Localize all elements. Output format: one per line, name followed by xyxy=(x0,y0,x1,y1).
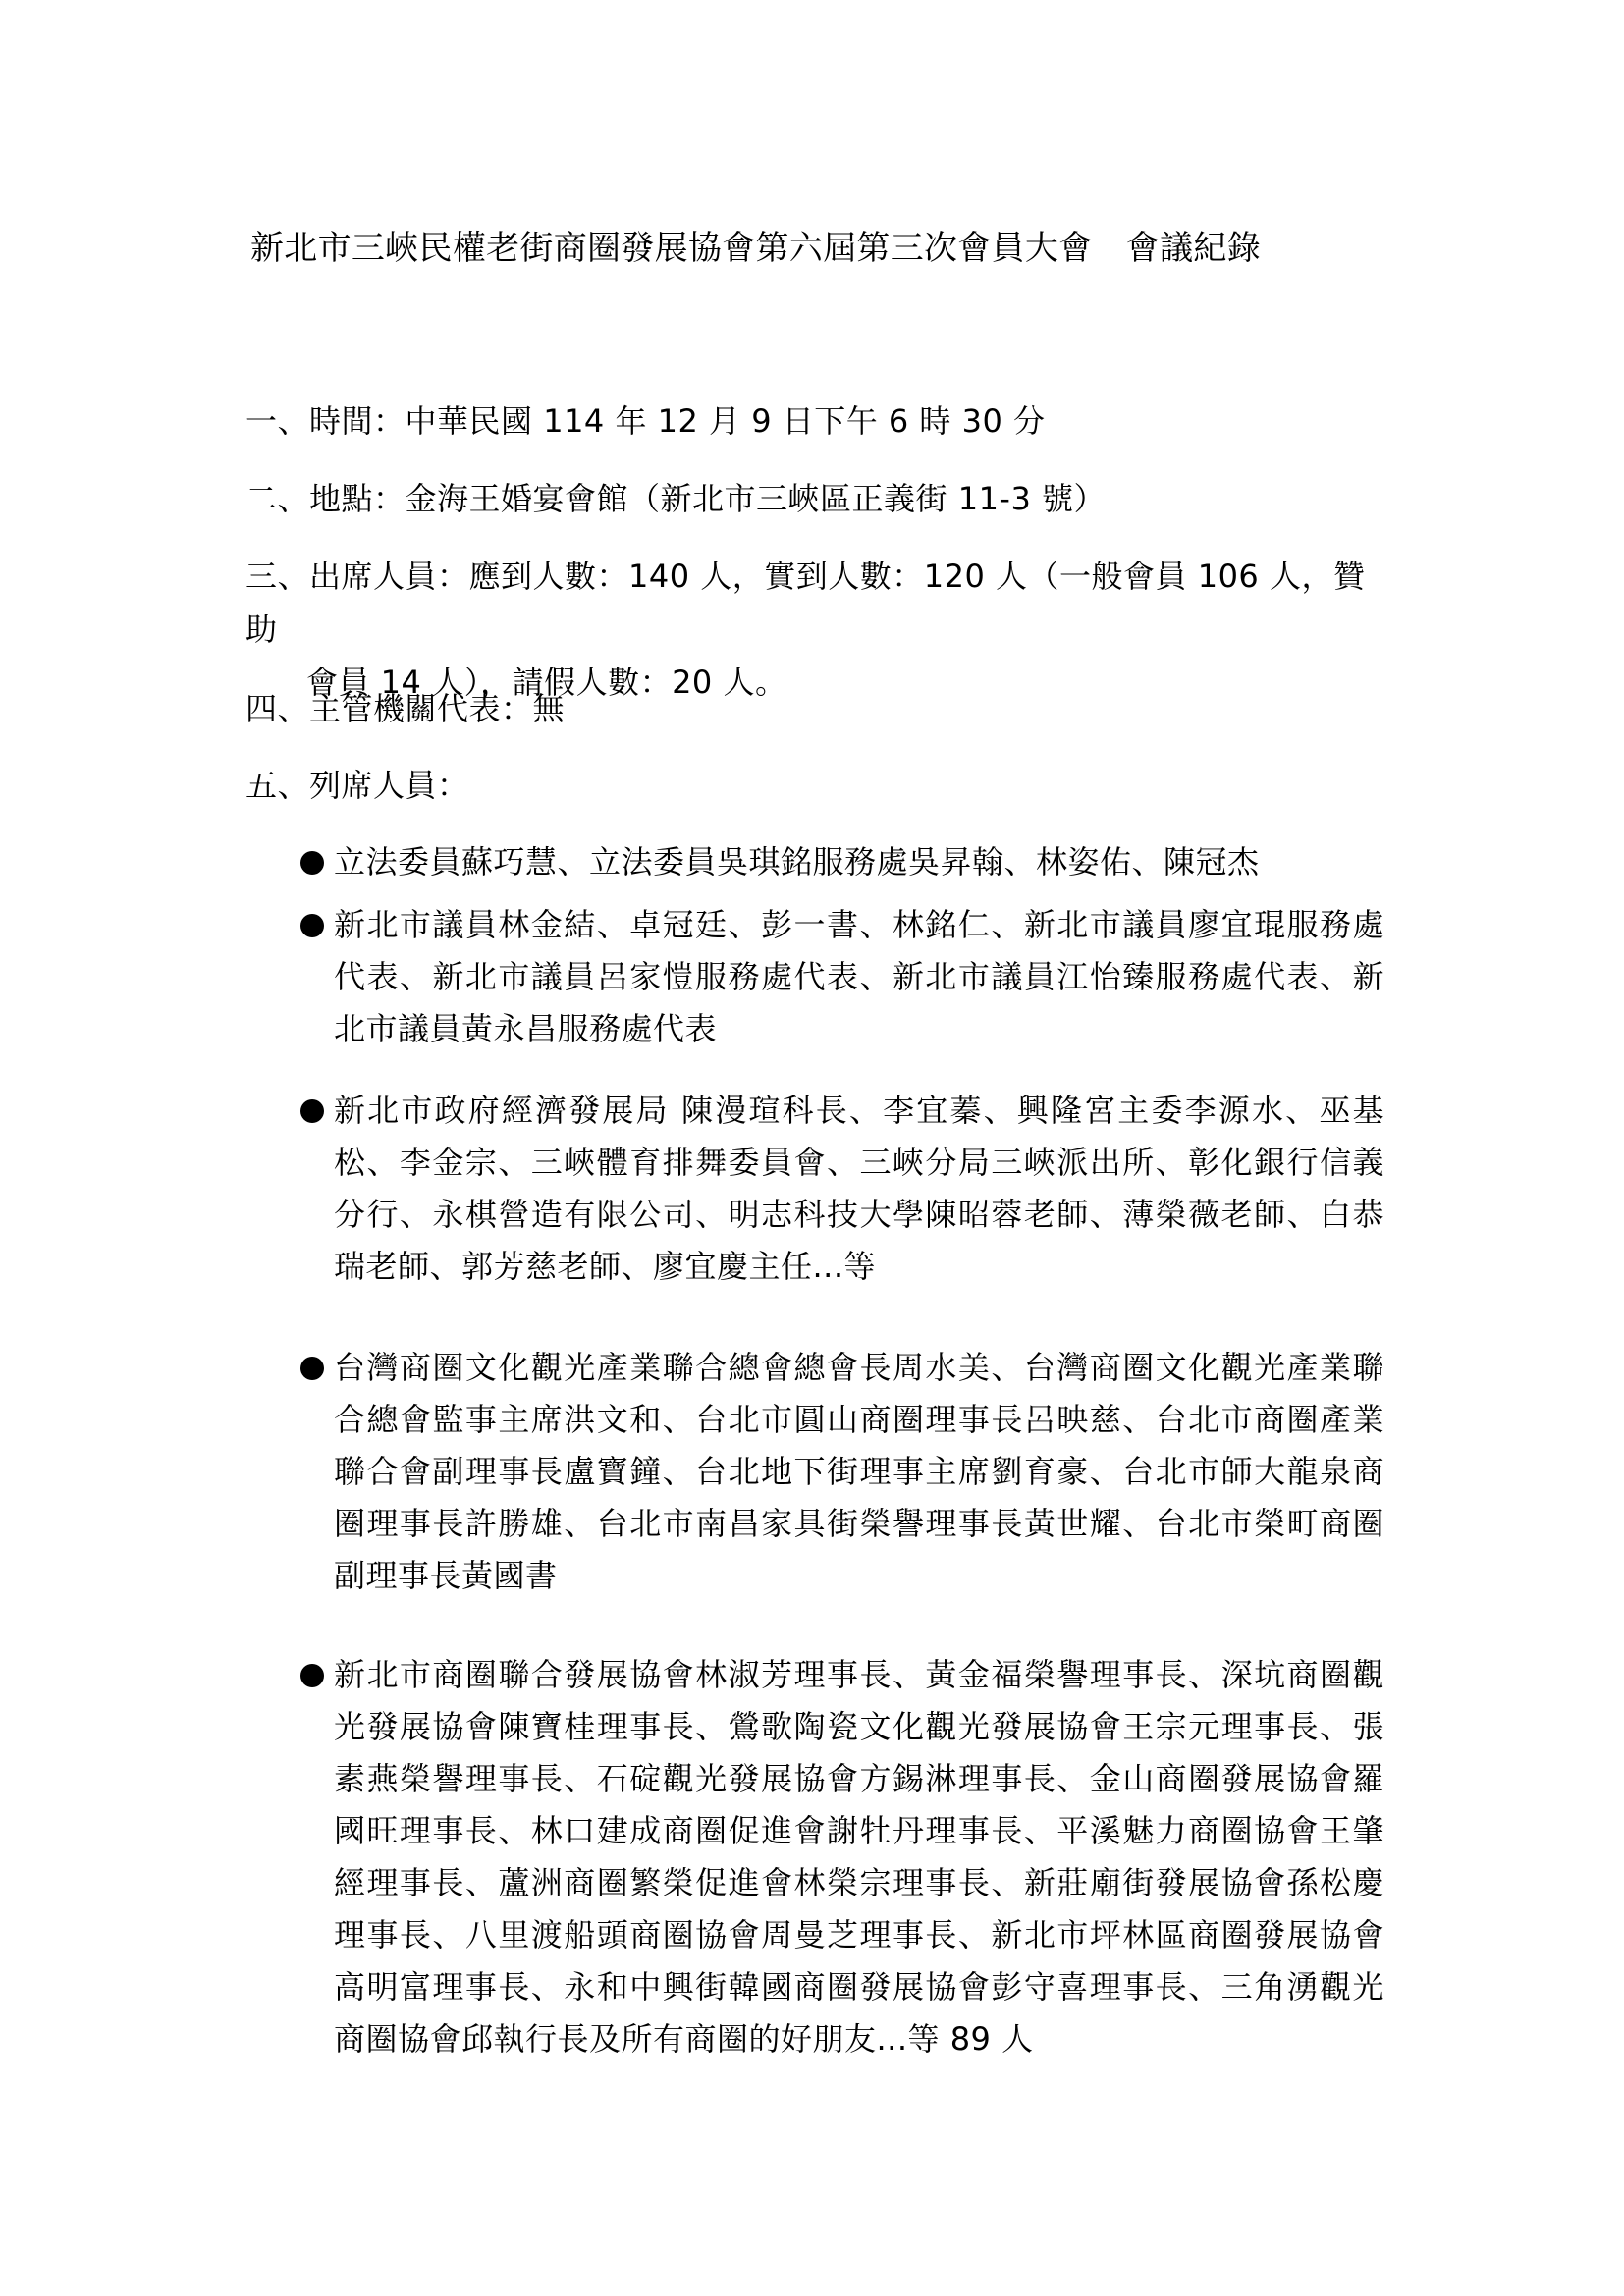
item-text: 無 xyxy=(533,690,566,727)
bullet-text: 台灣商圈文化觀光產業聯合總會總會長周水美、台灣商圈文化觀光產業聯合總會監事主席洪… xyxy=(300,1342,1384,1602)
attendee-bullet-legislators: 立法委員蘇巧慧、立法委員吳琪銘服務處吳昇翰、林姿佑、陳冠杰 xyxy=(300,836,1384,888)
item-text: 金海王婚宴會館（新北市三峽區正義街 11-3 號） xyxy=(406,480,1106,517)
item-label: 列席人員： xyxy=(309,767,469,804)
bullet-dot-icon xyxy=(300,1357,324,1380)
item-time: 一、時間：中華民國 114 年 12 月 9 日下午 6 時 30 分 xyxy=(245,395,1384,448)
attendee-bullet-taiwan-associations: 台灣商圈文化觀光產業聯合總會總會長周水美、台灣商圈文化觀光產業聯合總會監事主席洪… xyxy=(300,1342,1384,1602)
item-number: 四、 xyxy=(245,690,309,727)
item-location: 二、地點：金海王婚宴會館（新北市三峽區正義街 11-3 號） xyxy=(245,472,1384,525)
document-title: 新北市三峽民權老街商圈發展協會第六屆第三次會員大會 會議紀錄 xyxy=(250,224,1380,273)
item-number: 五、 xyxy=(245,767,309,804)
bullet-dot-icon xyxy=(300,914,324,937)
attendee-bullet-councilors: 新北市議員林金結、卓冠廷、彭一書、林銘仁、新北市議員廖宜琨服務處代表、新北市議員… xyxy=(300,899,1384,1055)
attendee-bullet-government: 新北市政府經濟發展局 陳漫瑄科長、李宜蓁、興隆宮主委李源水、巫基松、李金宗、三峽… xyxy=(300,1085,1384,1293)
document-page: 新北市三峽民權老街商圈發展協會第六屆第三次會員大會 會議紀錄 一、時間：中華民國… xyxy=(0,0,1624,2296)
item-label: 地點： xyxy=(309,480,406,517)
item-number: 二、 xyxy=(245,480,309,517)
attendee-bullet-new-taipei-associations: 新北市商圈聯合發展協會林淑芳理事長、黃金福榮譽理事長、深坑商圈觀光發展協會陳寶桂… xyxy=(300,1649,1384,2065)
bullet-dot-icon xyxy=(300,851,324,875)
bullet-text: 新北市商圈聯合發展協會林淑芳理事長、黃金福榮譽理事長、深坑商圈觀光發展協會陳寶桂… xyxy=(300,1649,1384,2065)
item-observers: 五、列席人員： xyxy=(245,759,1384,812)
item-number: 一、 xyxy=(245,402,309,440)
bullet-dot-icon xyxy=(300,1664,324,1687)
item-number: 三、 xyxy=(245,558,309,595)
bullet-text: 立法委員蘇巧慧、立法委員吳琪銘服務處吳昇翰、林姿佑、陳冠杰 xyxy=(300,836,1384,888)
item-authority-representative: 四、主管機關代表：無 xyxy=(245,682,1384,735)
bullet-dot-icon xyxy=(300,1099,324,1123)
item-text: 中華民國 114 年 12 月 9 日下午 6 時 30 分 xyxy=(406,402,1046,440)
item-label: 主管機關代表： xyxy=(309,690,533,727)
bullet-text: 新北市政府經濟發展局 陳漫瑄科長、李宜蓁、興隆宮主委李源水、巫基松、李金宗、三峽… xyxy=(300,1085,1384,1293)
item-label: 時間： xyxy=(309,402,406,440)
bullet-text: 新北市議員林金結、卓冠廷、彭一書、林銘仁、新北市議員廖宜琨服務處代表、新北市議員… xyxy=(300,899,1384,1055)
item-label: 出席人員： xyxy=(309,558,469,595)
